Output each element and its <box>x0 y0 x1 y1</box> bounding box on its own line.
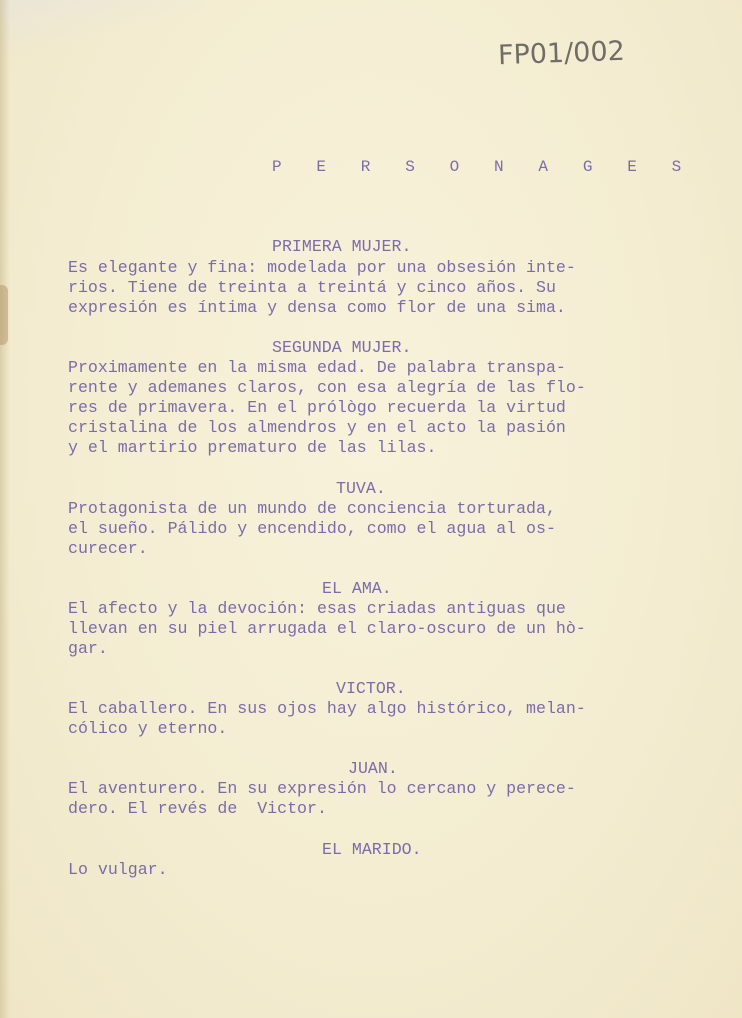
character-description: El caballero. En sus ojos hay algo histó… <box>68 699 708 739</box>
character-heading: VICTOR. <box>336 679 406 698</box>
text-line: El aventurero. En su expresión lo cercan… <box>68 779 708 799</box>
document-page: FP01/002 P E R S O N A G E S PRIMERA MUJ… <box>0 0 742 1018</box>
character-heading: SEGUNDA MUJER. <box>272 338 411 357</box>
character-description: Proximamente en la misma edad. De palabr… <box>68 358 708 458</box>
character-description: El afecto y la devoción: esas criadas an… <box>68 599 708 659</box>
text-line: cristalina de los almendros y en el acto… <box>68 418 708 438</box>
character-heading: EL AMA. <box>322 579 392 598</box>
archive-code: FP01/002 <box>497 36 625 71</box>
text-line: cólico y eterno. <box>68 719 708 739</box>
text-line: expresión es íntima y densa como flor de… <box>68 298 708 318</box>
paper-fold-shadow <box>0 0 206 65</box>
text-line: Proximamente en la misma edad. De palabr… <box>68 358 708 378</box>
text-line: El caballero. En sus ojos hay algo histó… <box>68 699 708 719</box>
character-heading: JUAN. <box>348 759 398 778</box>
text-line: rente y ademanes claros, con esa alegría… <box>68 378 708 398</box>
text-line: dero. El revés de Victor. <box>68 799 708 819</box>
character-description: Lo vulgar. <box>68 860 708 880</box>
text-line: curecer. <box>68 539 708 559</box>
character-heading: TUVA. <box>336 479 386 498</box>
character-description: Es elegante y fina: modelada por una obs… <box>68 258 708 318</box>
paper-stain <box>0 285 8 345</box>
text-line: rios. Tiene de treinta a treintá y cinco… <box>68 278 708 298</box>
text-line: el sueño. Pálido y encendido, como el ag… <box>68 519 708 539</box>
character-description: El aventurero. En su expresión lo cercan… <box>68 779 708 819</box>
text-line: llevan en su piel arrugada el claro-oscu… <box>68 619 708 639</box>
text-line: Protagonista de un mundo de conciencia t… <box>68 499 708 519</box>
text-line: Es elegante y fina: modelada por una obs… <box>68 258 708 278</box>
text-line: El afecto y la devoción: esas criadas an… <box>68 599 708 619</box>
character-heading: EL MARIDO. <box>322 840 422 859</box>
text-line: y el martirio prematuro de las lilas. <box>68 438 708 458</box>
character-description: Protagonista de un mundo de conciencia t… <box>68 499 708 559</box>
text-line: gar. <box>68 639 708 659</box>
page-title: P E R S O N A G E S <box>272 158 694 176</box>
text-line: res de primavera. En el prólògo recuerda… <box>68 398 708 418</box>
character-heading: PRIMERA MUJER. <box>272 237 411 256</box>
text-line: Lo vulgar. <box>68 860 708 880</box>
paper-left-edge <box>0 0 10 1018</box>
